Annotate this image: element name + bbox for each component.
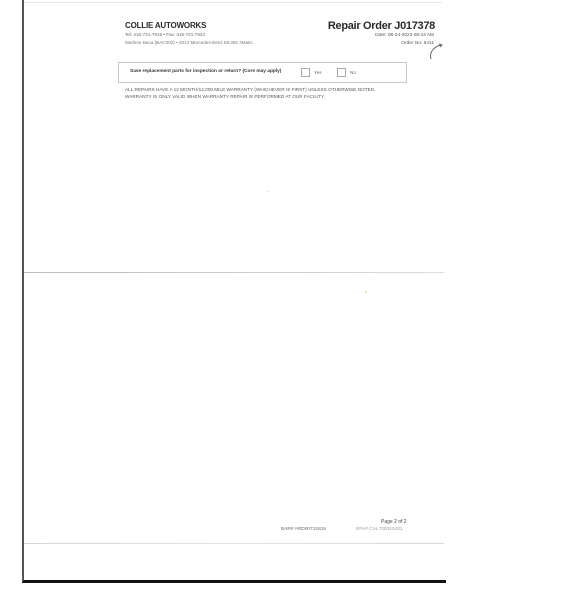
warranty-line-1: ALL REPAIRS HAVE A 12 MONTH/12,000 MILE … (125, 87, 375, 94)
page-top-edge (24, 2, 442, 3)
scan-speck (268, 191, 269, 192)
no-label: No (350, 70, 356, 75)
repair-order-date: Date: 08-24-2023 08:44 AM (375, 33, 434, 38)
parts-question-text: Save replacement parts for inspection or… (130, 69, 281, 74)
parts-question-box: Save replacement parts for inspection or… (118, 62, 407, 83)
bar-number: BAR# ARD00712815 (281, 527, 326, 532)
page-number: Page 2 of 2 (381, 519, 407, 525)
customer-vehicle-info: Marlene Baca (BAC002) • 2014 Mercedes-Be… (125, 40, 253, 45)
fold-line (24, 272, 444, 273)
fold-line-bottom (24, 543, 444, 544)
warranty-notice: ALL REPAIRS HAVE A 12 MONTH/12,000 MILE … (125, 87, 375, 100)
yes-label: Yes (314, 70, 322, 75)
scan-speck (365, 291, 367, 293)
page-curl-mark-icon (428, 43, 444, 61)
epa-number: EPA# CAL700313431 (356, 527, 403, 532)
repair-order-title: Repair Order J017378 (328, 20, 435, 32)
warranty-line-2: WARRANTY IS ONLY VALID WHEN WARRANTY REP… (125, 94, 375, 101)
company-contact: Tel: 415-721-7915 • Fax: 415-721-7924 (125, 32, 205, 37)
yes-checkbox[interactable] (301, 68, 310, 77)
no-checkbox[interactable] (337, 68, 346, 77)
company-name: COLLIE AUTOWORKS (125, 21, 206, 30)
